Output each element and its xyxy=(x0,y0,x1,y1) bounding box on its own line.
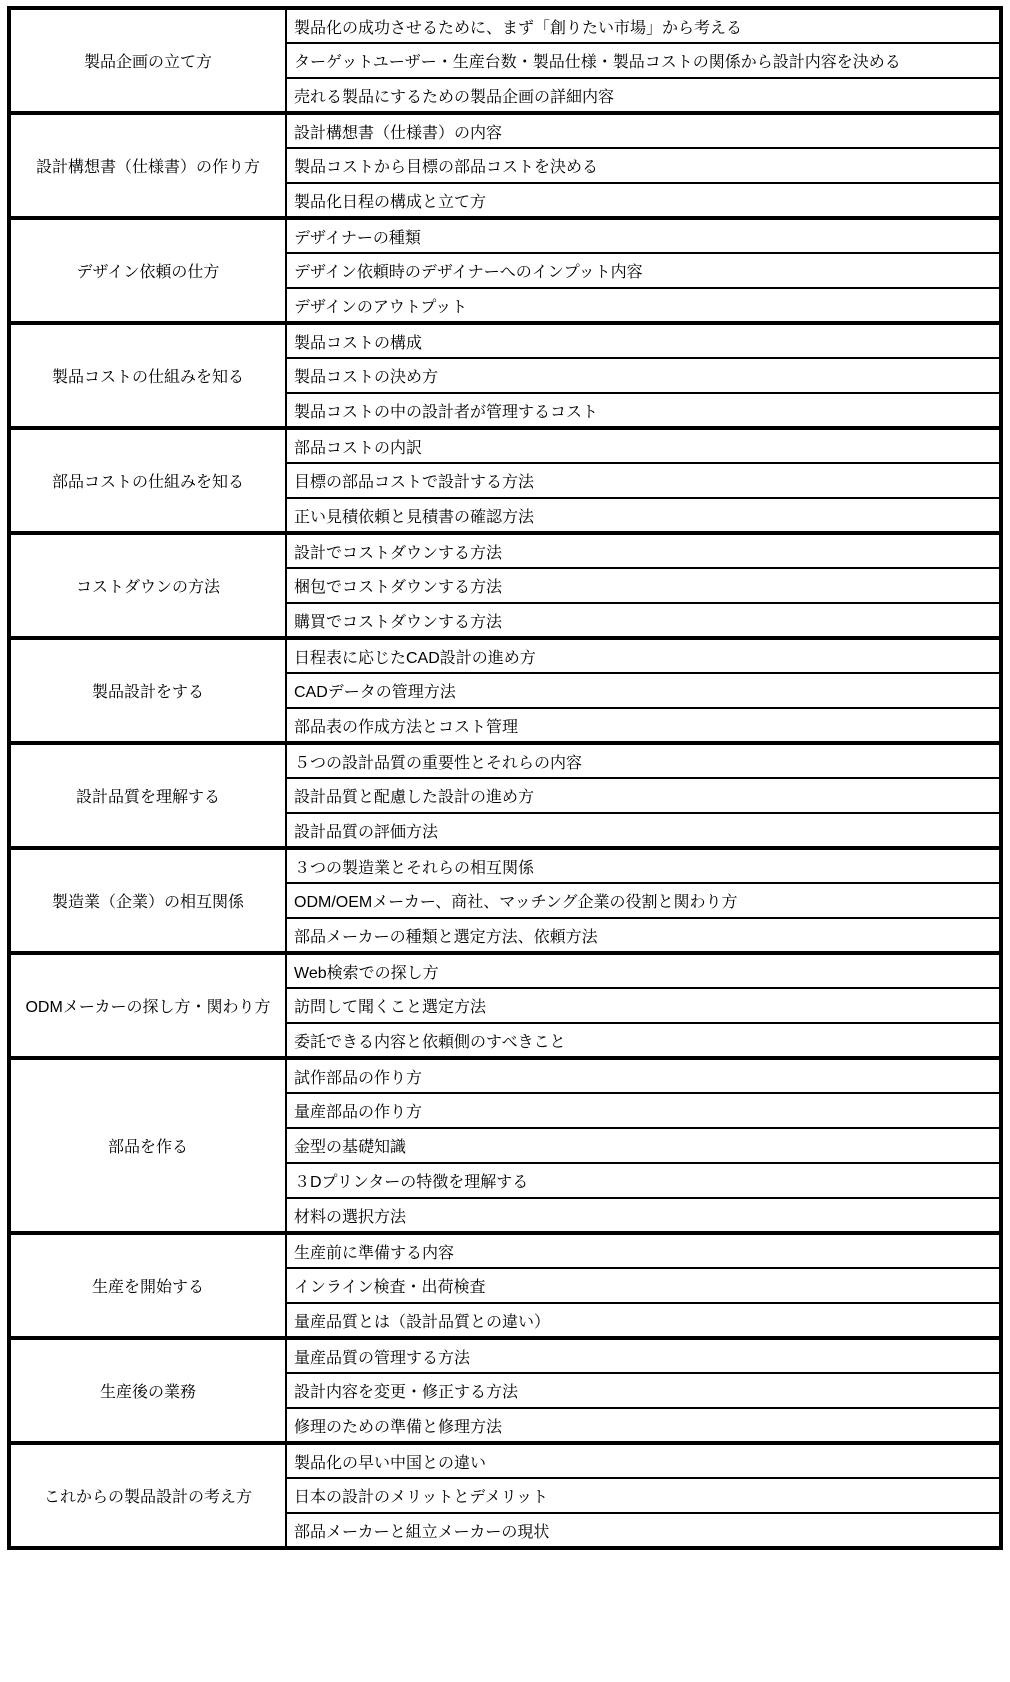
topic-cell: 修理のための準備と修理方法 xyxy=(286,1408,1001,1443)
table-row: 部品コストの仕組みを知る部品コストの内訳 xyxy=(9,428,1001,463)
table-row: 製造業（企業）の相互関係３つの製造業とそれらの相互関係 xyxy=(9,848,1001,883)
topic-cell: 製品コストの構成 xyxy=(286,323,1001,358)
category-cell: 製品コストの仕組みを知る xyxy=(9,323,286,428)
topic-cell: 売れる製品にするための製品企画の詳細内容 xyxy=(286,78,1001,113)
category-cell: コストダウンの方法 xyxy=(9,533,286,638)
topic-cell: ３Dプリンターの特徴を理解する xyxy=(286,1163,1001,1198)
topic-cell: 材料の選択方法 xyxy=(286,1198,1001,1233)
topic-cell: 生産前に準備する内容 xyxy=(286,1233,1001,1268)
category-cell: 製造業（企業）の相互関係 xyxy=(9,848,286,953)
category-cell: 生産を開始する xyxy=(9,1233,286,1338)
category-cell: これからの製品設計の考え方 xyxy=(9,1443,286,1548)
category-cell: 設計構想書（仕様書）の作り方 xyxy=(9,113,286,218)
topic-cell: 訪問して聞くこと選定方法 xyxy=(286,988,1001,1023)
topic-cell: ５つの設計品質の重要性とそれらの内容 xyxy=(286,743,1001,778)
category-cell: 製品企画の立て方 xyxy=(9,8,286,113)
topic-cell: 量産品質の管理する方法 xyxy=(286,1338,1001,1373)
category-group: 部品を作る試作部品の作り方量産部品の作り方金型の基礎知識３Dプリンターの特徴を理… xyxy=(9,1058,1001,1233)
topic-cell: デザインのアウトプット xyxy=(286,288,1001,323)
table-row: ODMメーカーの探し方・関わり方Web検索での探し方 xyxy=(9,953,1001,988)
topic-cell: 設計構想書（仕様書）の内容 xyxy=(286,113,1001,148)
topic-cell: 日程表に応じたCAD設計の進め方 xyxy=(286,638,1001,673)
category-cell: 設計品質を理解する xyxy=(9,743,286,848)
topic-cell: 委託できる内容と依頼側のすべきこと xyxy=(286,1023,1001,1058)
table-row: コストダウンの方法設計でコストダウンする方法 xyxy=(9,533,1001,568)
table-row: 生産を開始する生産前に準備する内容 xyxy=(9,1233,1001,1268)
category-cell: 部品を作る xyxy=(9,1058,286,1233)
curriculum-table: 製品企画の立て方製品化の成功させるために、まず「創りたい市場」から考えるターゲッ… xyxy=(7,6,1003,1550)
topic-cell: ODM/OEMメーカー、商社、マッチング企業の役割と関わり方 xyxy=(286,883,1001,918)
topic-cell: 試作部品の作り方 xyxy=(286,1058,1001,1093)
table-row: 製品設計をする日程表に応じたCAD設計の進め方 xyxy=(9,638,1001,673)
topic-cell: 量産部品の作り方 xyxy=(286,1093,1001,1128)
topic-cell: 設計品質の評価方法 xyxy=(286,813,1001,848)
category-cell: デザイン依頼の仕方 xyxy=(9,218,286,323)
table-row: 設計構想書（仕様書）の作り方設計構想書（仕様書）の内容 xyxy=(9,113,1001,148)
topic-cell: ３つの製造業とそれらの相互関係 xyxy=(286,848,1001,883)
topic-cell: 金型の基礎知識 xyxy=(286,1128,1001,1163)
table-row: 製品企画の立て方製品化の成功させるために、まず「創りたい市場」から考える xyxy=(9,8,1001,43)
table-row: 生産後の業務量産品質の管理する方法 xyxy=(9,1338,1001,1373)
topic-cell: 購買でコストダウンする方法 xyxy=(286,603,1001,638)
category-group: 製品コストの仕組みを知る製品コストの構成製品コストの決め方製品コストの中の設計者… xyxy=(9,323,1001,428)
topic-cell: デザイナーの種類 xyxy=(286,218,1001,253)
topic-cell: 設計品質と配慮した設計の進め方 xyxy=(286,778,1001,813)
category-group: 生産後の業務量産品質の管理する方法設計内容を変更・修正する方法修理のための準備と… xyxy=(9,1338,1001,1443)
topic-cell: 製品化日程の構成と立て方 xyxy=(286,183,1001,218)
table-row: デザイン依頼の仕方デザイナーの種類 xyxy=(9,218,1001,253)
category-cell: 部品コストの仕組みを知る xyxy=(9,428,286,533)
category-cell: ODMメーカーの探し方・関わり方 xyxy=(9,953,286,1058)
topic-cell: デザイン依頼時のデザイナーへのインプット内容 xyxy=(286,253,1001,288)
table-row: 部品を作る試作部品の作り方 xyxy=(9,1058,1001,1093)
topic-cell: 製品コストの決め方 xyxy=(286,358,1001,393)
category-group: 製品設計をする日程表に応じたCAD設計の進め方CADデータの管理方法部品表の作成… xyxy=(9,638,1001,743)
category-group: 設計構想書（仕様書）の作り方設計構想書（仕様書）の内容製品コストから目標の部品コ… xyxy=(9,113,1001,218)
topic-cell: 部品表の作成方法とコスト管理 xyxy=(286,708,1001,743)
topic-cell: インライン検査・出荷検査 xyxy=(286,1268,1001,1303)
table-row: 設計品質を理解する５つの設計品質の重要性とそれらの内容 xyxy=(9,743,1001,778)
topic-cell: ターゲットユーザー・生産台数・製品仕様・製品コストの関係から設計内容を決める xyxy=(286,43,1001,78)
category-cell: 生産後の業務 xyxy=(9,1338,286,1443)
topic-cell: 製品化の成功させるために、まず「創りたい市場」から考える xyxy=(286,8,1001,43)
topic-cell: 量産品質とは（設計品質との違い） xyxy=(286,1303,1001,1338)
topic-cell: 部品コストの内訳 xyxy=(286,428,1001,463)
category-group: ODMメーカーの探し方・関わり方Web検索での探し方訪問して聞くこと選定方法委託… xyxy=(9,953,1001,1058)
category-group: デザイン依頼の仕方デザイナーの種類デザイン依頼時のデザイナーへのインプット内容デ… xyxy=(9,218,1001,323)
page: 製品企画の立て方製品化の成功させるために、まず「創りたい市場」から考えるターゲッ… xyxy=(0,0,1010,1556)
topic-cell: CADデータの管理方法 xyxy=(286,673,1001,708)
category-group: これからの製品設計の考え方製品化の早い中国との違い日本の設計のメリットとデメリッ… xyxy=(9,1443,1001,1548)
topic-cell: 製品コストの中の設計者が管理するコスト xyxy=(286,393,1001,428)
category-group: 製造業（企業）の相互関係３つの製造業とそれらの相互関係ODM/OEMメーカー、商… xyxy=(9,848,1001,953)
category-group: 部品コストの仕組みを知る部品コストの内訳目標の部品コストで設計する方法正い見積依… xyxy=(9,428,1001,533)
category-cell: 製品設計をする xyxy=(9,638,286,743)
topic-cell: 正い見積依頼と見積書の確認方法 xyxy=(286,498,1001,533)
topic-cell: 部品メーカーの種類と選定方法、依頼方法 xyxy=(286,918,1001,953)
topic-cell: 梱包でコストダウンする方法 xyxy=(286,568,1001,603)
topic-cell: 日本の設計のメリットとデメリット xyxy=(286,1478,1001,1513)
topic-cell: Web検索での探し方 xyxy=(286,953,1001,988)
topic-cell: 製品コストから目標の部品コストを決める xyxy=(286,148,1001,183)
category-group: 設計品質を理解する５つの設計品質の重要性とそれらの内容設計品質と配慮した設計の進… xyxy=(9,743,1001,848)
table-row: これからの製品設計の考え方製品化の早い中国との違い xyxy=(9,1443,1001,1478)
topic-cell: 設計内容を変更・修正する方法 xyxy=(286,1373,1001,1408)
topic-cell: 製品化の早い中国との違い xyxy=(286,1443,1001,1478)
topic-cell: 設計でコストダウンする方法 xyxy=(286,533,1001,568)
category-group: コストダウンの方法設計でコストダウンする方法梱包でコストダウンする方法購買でコス… xyxy=(9,533,1001,638)
category-group: 生産を開始する生産前に準備する内容インライン検査・出荷検査量産品質とは（設計品質… xyxy=(9,1233,1001,1338)
topic-cell: 部品メーカーと組立メーカーの現状 xyxy=(286,1513,1001,1548)
topic-cell: 目標の部品コストで設計する方法 xyxy=(286,463,1001,498)
category-group: 製品企画の立て方製品化の成功させるために、まず「創りたい市場」から考えるターゲッ… xyxy=(9,8,1001,113)
table-row: 製品コストの仕組みを知る製品コストの構成 xyxy=(9,323,1001,358)
